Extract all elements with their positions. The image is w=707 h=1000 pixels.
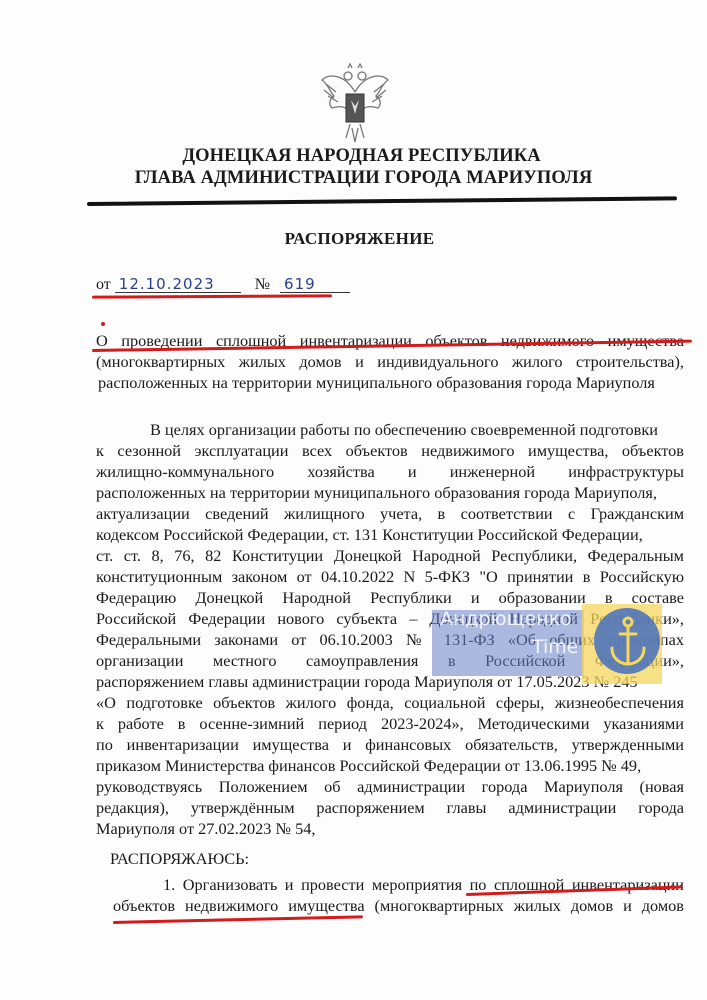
handwritten-date: 12.10.2023 [115,276,241,293]
red-underline-date [92,294,332,298]
watermark-text-name: Андрющенко [440,608,572,630]
header-administration: ГЛАВА АДМИНИСТРАЦИИ ГОРОДА МАРИУПОЛЯ [10,168,707,189]
item1-line-2: объектов недвижимого имущества (многоква… [113,896,684,916]
header-divider [87,196,677,206]
red-underline-item1-b [113,915,363,924]
watermark-text-time: Time [532,636,579,658]
preamble-line-7: ст. ст. 8, 76, 82 Конституции Донецкой Н… [96,546,684,566]
document-page: ДОНЕЦКАЯ НАРОДНАЯ РЕСПУБЛИКА ГЛАВА АДМИН… [0,0,707,1000]
subject-line-2: (многоквартирных жилых домов и индивидуа… [96,352,684,372]
preamble-line-17: приказом Министерства финансов Российско… [96,756,641,776]
preamble-line-15: к работе в осенне-зимний период 2023-202… [96,714,684,734]
subject-line-3: расположенных на территории муниципально… [98,373,655,393]
anchor-icon [608,616,648,668]
preamble-line-20: Мариуполя от 27.02.2023 № 54, [96,819,315,839]
from-label: от [96,276,111,293]
preamble-line-6: кодексом Российской Федерации, ст. 131 К… [96,525,643,545]
preamble-line-18: руководствуясь Положением об администрац… [96,777,684,797]
preamble-line-3: жилищно-коммунального хозяйства и инжене… [96,462,684,482]
preamble-line-2: к сезонной эксплуатации всех объектов не… [96,441,684,461]
preamble-line-1: В целях организации работы по обеспечени… [150,420,658,440]
item1-line-1: 1. Организовать и провести мероприятия п… [163,875,684,895]
coat-of-arms-icon [318,62,392,146]
header-republic: ДОНЕЦКАЯ НАРОДНАЯ РЕСПУБЛИКА [8,146,707,167]
document-title: РАСПОРЯЖЕНИЕ [0,229,707,249]
preamble-line-8: конституционным законом от 04.10.2022 N … [96,567,684,587]
preamble-line-16: по инвентаризации имущества и финансовых… [96,735,684,755]
red-dot-mark [101,322,105,326]
preamble-line-4: расположенных на территории муниципально… [96,483,657,503]
number-label: № [255,276,270,293]
preamble-line-19: редакция), утверждённым распоряжением гл… [96,798,684,818]
handwritten-number: 619 [280,276,350,293]
date-number-row: от 12.10.2023 № 619 [96,276,350,294]
preamble-line-5: актуализации сведений жилищного учета, в… [96,504,684,524]
channel-watermark: Андрющенко Time [432,604,662,680]
order-word: РАСПОРЯЖАЮСЬ: [110,849,249,869]
preamble-line-14: «О подготовке объектов жилого фонда, соц… [96,693,684,713]
